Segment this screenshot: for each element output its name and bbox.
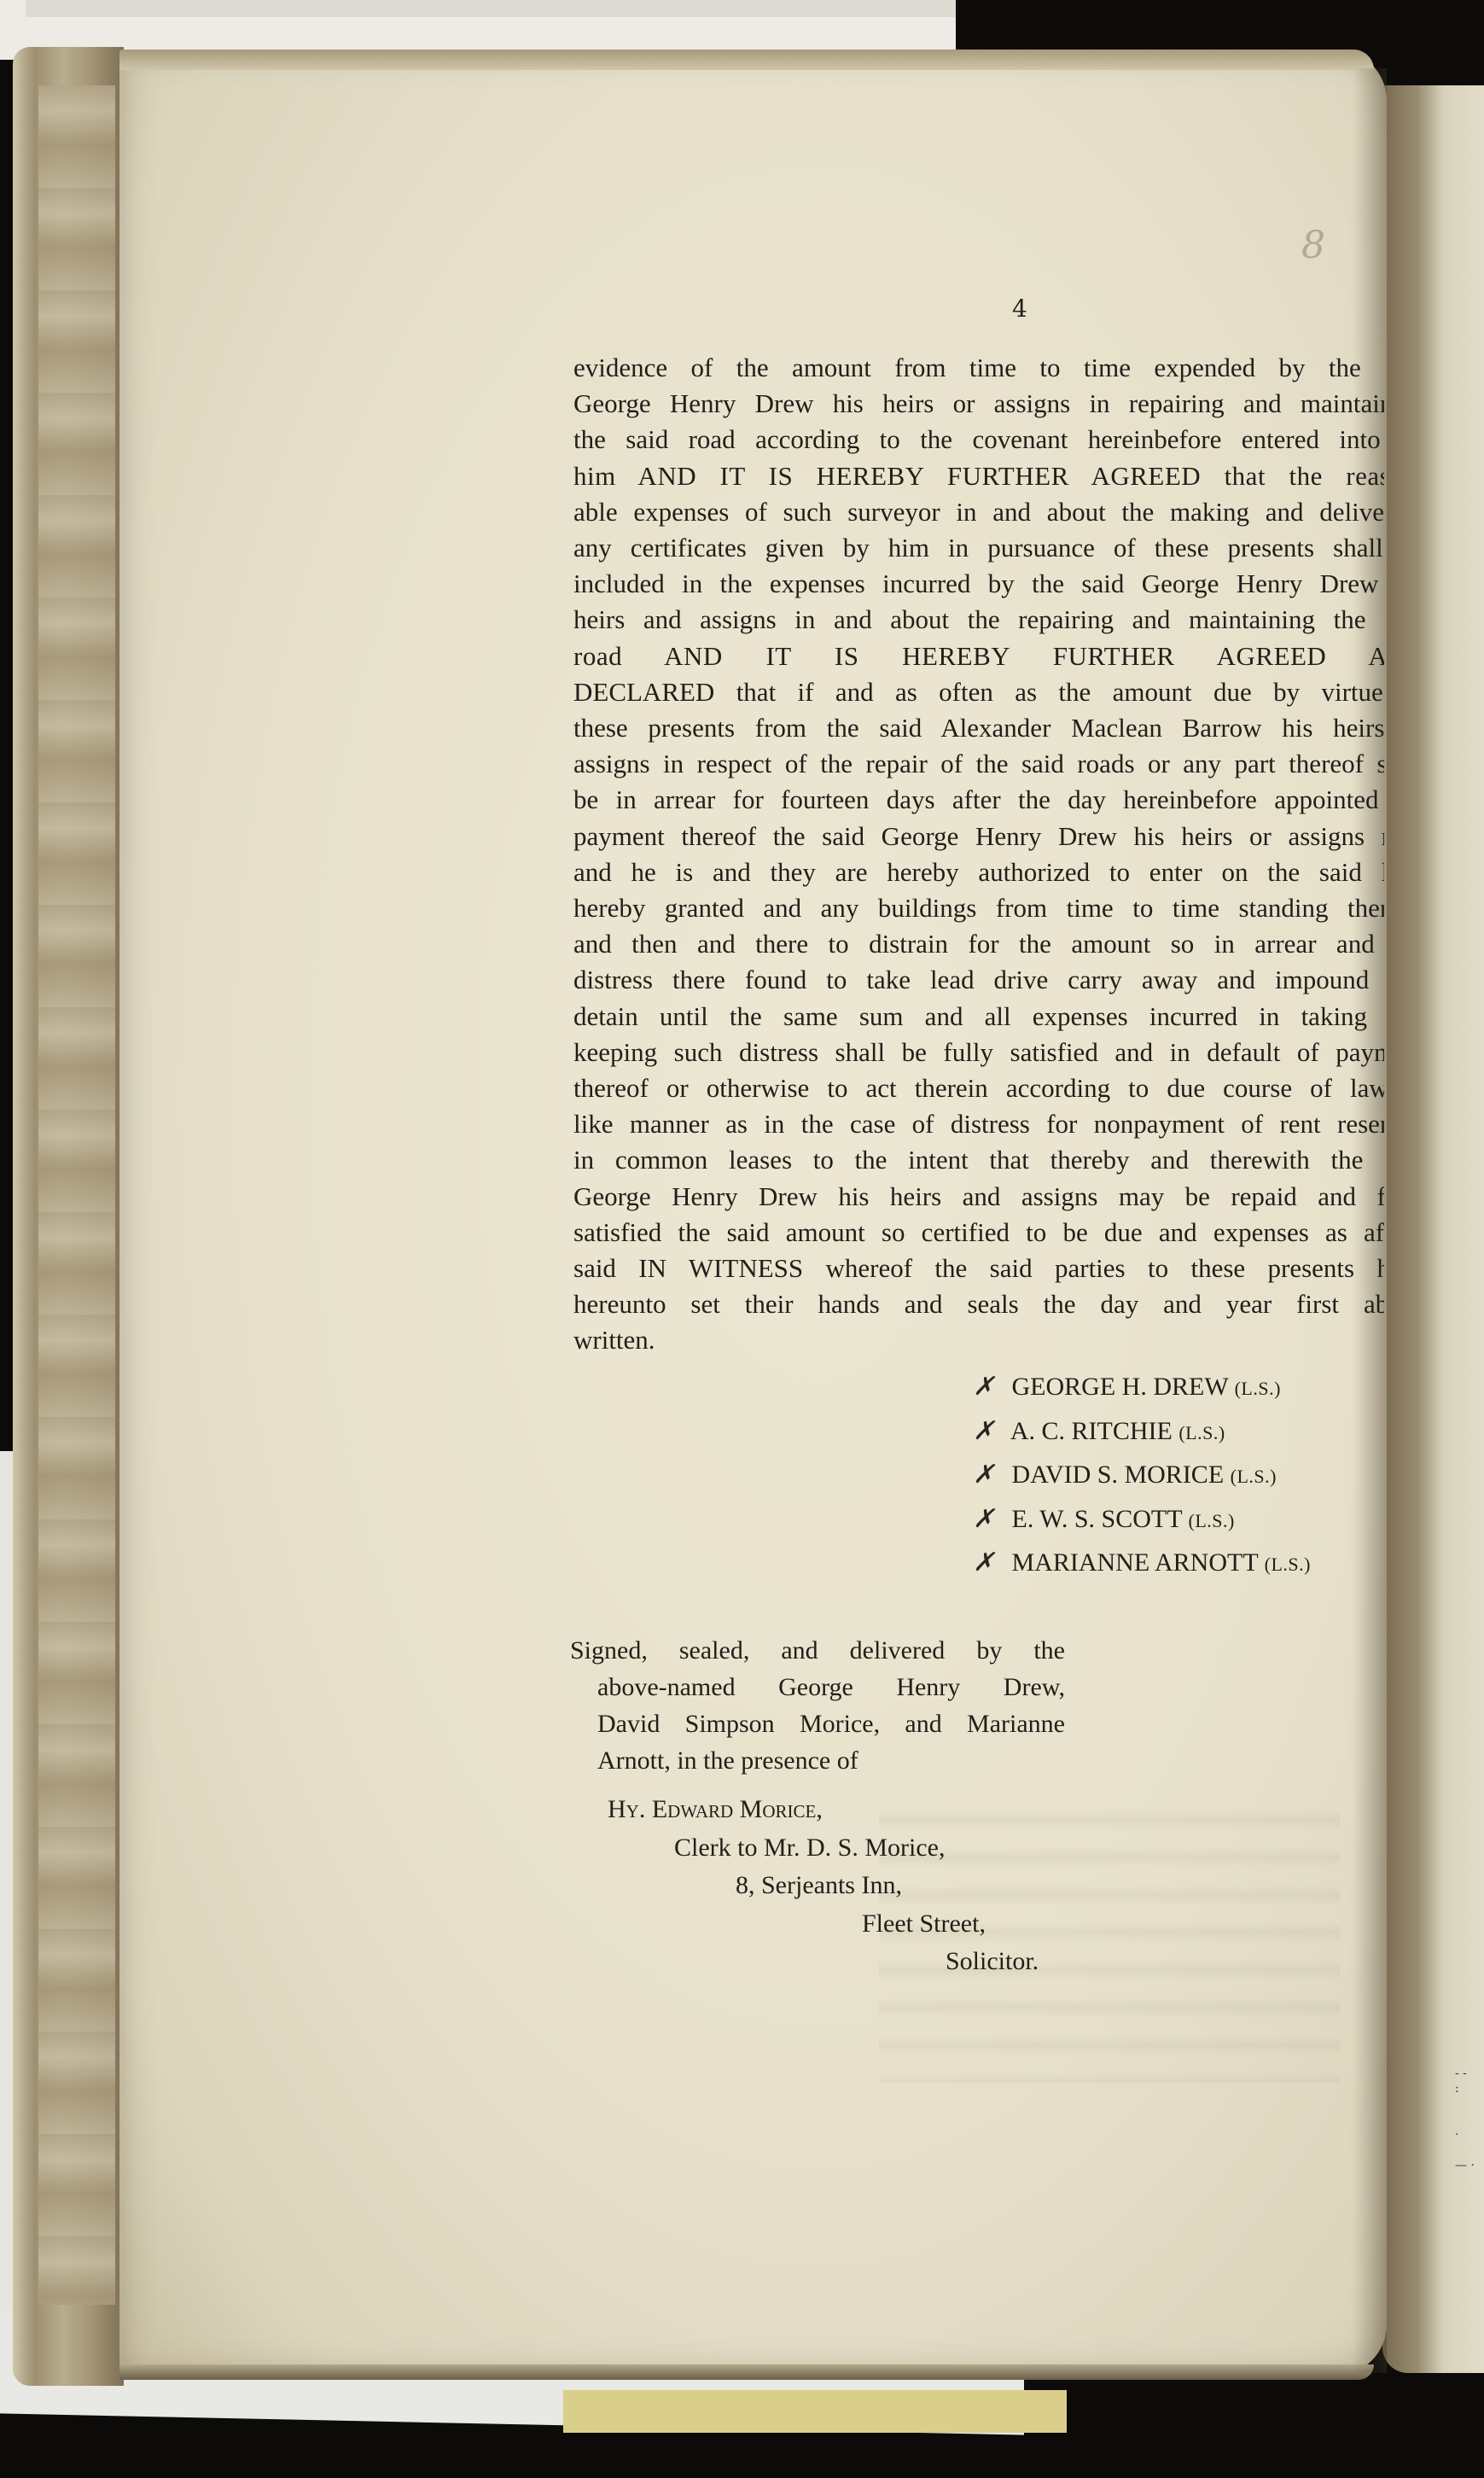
body-line: any certificates given by him in pursuan… bbox=[573, 530, 1384, 566]
witness-address-1: 8, Serjeants Inn, bbox=[608, 1867, 1039, 1905]
body-line: DECLARED that if and as often as the amo… bbox=[573, 674, 1384, 710]
attestation-line: David Simpson Morice, and Marianne bbox=[570, 1705, 1065, 1742]
check-mark-icon: ✗ bbox=[973, 1542, 1005, 1584]
signatory-name: A. C. RITCHIE bbox=[1010, 1417, 1173, 1445]
body-line: be in arrear for fourteen days after the… bbox=[573, 782, 1384, 818]
body-line: hereby granted and any buildings from ti… bbox=[573, 890, 1384, 926]
seal-abbrev: (L.S.) bbox=[1231, 1466, 1277, 1487]
body-line: hereunto set their hands and seals the d… bbox=[573, 1286, 1384, 1322]
signatory-name: MARIANNE ARNOTT bbox=[1012, 1548, 1259, 1577]
body-line: George Henry Drew his heirs and assigns … bbox=[573, 1179, 1384, 1215]
page-bottom-edge bbox=[119, 2364, 1374, 2380]
body-line: and then and there to distrain for the a… bbox=[573, 926, 1384, 962]
page-top-edge bbox=[119, 50, 1374, 70]
body-line: like manner as in the case of distress f… bbox=[573, 1106, 1384, 1142]
body-line: road AND IT IS HEREBY FURTHER AGREED AND bbox=[573, 638, 1384, 674]
check-mark-icon: ✗ bbox=[973, 1366, 1005, 1408]
check-mark-icon: ✗ bbox=[973, 1454, 1005, 1496]
witness-details: Hy. Edward Morice, Clerk to Mr. D. S. Mo… bbox=[608, 1791, 1039, 1981]
body-line: thereof or otherwise to act therein acco… bbox=[573, 1070, 1384, 1106]
body-line: payment thereof the said George Henry Dr… bbox=[573, 819, 1384, 854]
check-mark-icon: ✗ bbox=[973, 1410, 1005, 1453]
body-line: included in the expenses incurred by the… bbox=[573, 566, 1384, 602]
body-line: keeping such distress shall be fully sat… bbox=[573, 1035, 1384, 1070]
body-line: detain until the same sum and all expens… bbox=[573, 999, 1384, 1035]
signature-block: ✗ GEORGE H. DREW (L.S.) ✗ A. C. RITCHIE … bbox=[973, 1366, 1311, 1586]
witness-role: Clerk to Mr. D. S. Morice, bbox=[608, 1829, 1039, 1868]
seal-abbrev: (L.S.) bbox=[1178, 1422, 1225, 1443]
check-mark-icon: ✗ bbox=[973, 1498, 1005, 1541]
body-line: written. bbox=[573, 1322, 1384, 1358]
body-line: assigns in respect of the repair of the … bbox=[573, 746, 1384, 782]
binding-tape bbox=[38, 85, 115, 2305]
attestation-line: Signed, sealed, and delivered by the bbox=[570, 1632, 1065, 1669]
body-line: in common leases to the intent that ther… bbox=[573, 1142, 1384, 1178]
witness-address-2: Fleet Street, bbox=[608, 1905, 1039, 1944]
body-line: evidence of the amount from time to time… bbox=[573, 350, 1384, 386]
body-line: the said road according to the covenant … bbox=[573, 422, 1384, 458]
signature-line: ✗ DAVID S. MORICE (L.S.) bbox=[973, 1454, 1311, 1498]
signature-line: ✗ A. C. RITCHIE (L.S.) bbox=[973, 1410, 1311, 1455]
body-line: and he is and they are hereby authorized… bbox=[573, 854, 1384, 890]
body-line: him AND IT IS HEREBY FURTHER AGREED that… bbox=[573, 458, 1384, 494]
body-line: said IN WITNESS whereof the said parties… bbox=[573, 1251, 1384, 1286]
body-line: George Henry Drew his heirs or assigns i… bbox=[573, 386, 1384, 422]
backdrop-label-slip bbox=[563, 2390, 1067, 2433]
witness-name: Hy. Edward Morice, bbox=[608, 1791, 1039, 1829]
attestation-line: Arnott, in the presence of bbox=[570, 1742, 1065, 1779]
signatory-name: E. W. S. SCOTT bbox=[1012, 1505, 1183, 1533]
witness-title: Solicitor. bbox=[608, 1943, 1039, 1981]
seal-abbrev: (L.S.) bbox=[1235, 1378, 1281, 1399]
attestation-clause: Signed, sealed, and delivered by the abo… bbox=[570, 1632, 1065, 1779]
body-line: satisfied the said amount so certified t… bbox=[573, 1215, 1384, 1251]
signatory-name: GEORGE H. DREW bbox=[1012, 1373, 1229, 1401]
signature-line: ✗ E. W. S. SCOTT (L.S.) bbox=[973, 1498, 1311, 1542]
signature-line: ✗ GEORGE H. DREW (L.S.) bbox=[973, 1366, 1311, 1410]
signatory-name: DAVID S. MORICE bbox=[1012, 1461, 1225, 1489]
body-line: distress there found to take lead drive … bbox=[573, 962, 1384, 998]
body-line: heirs and assigns in and about the repai… bbox=[573, 602, 1384, 638]
backdrop-sheet-top-edge bbox=[26, 0, 956, 17]
body-line: able expenses of such surveyor in and ab… bbox=[573, 494, 1384, 530]
seal-abbrev: (L.S.) bbox=[1189, 1510, 1235, 1531]
attestation-line: above-named George Henry Drew, bbox=[570, 1669, 1065, 1705]
seal-abbrev: (L.S.) bbox=[1265, 1554, 1311, 1575]
adjacent-page bbox=[1382, 85, 1484, 2373]
deed-body-text: evidence of the amount from time to time… bbox=[573, 350, 1384, 1359]
body-line: these presents from the said Alexander M… bbox=[573, 710, 1384, 746]
pencil-folio-number: 8 bbox=[1301, 224, 1325, 267]
signature-line: ✗ MARIANNE ARNOTT (L.S.) bbox=[973, 1542, 1311, 1586]
stray-ink-marks: - -:·— · bbox=[1455, 2066, 1475, 2173]
page-number: 4 bbox=[1012, 294, 1027, 323]
